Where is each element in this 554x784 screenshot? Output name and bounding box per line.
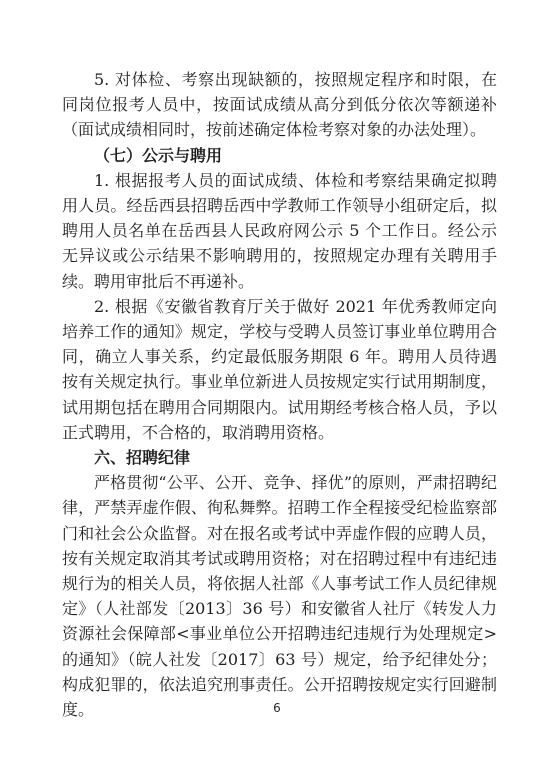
page-number: 6 <box>0 700 554 716</box>
paragraph-employment-contract: 2. 根据《安徽省教育厅关于做好 2021 年优秀教师定向培养工作的通知》规定，… <box>62 294 497 445</box>
document-page: 5. 对体检、考察出现缺额的，按照规定程序和时限，在同岗位报考人员中，按面试成绩… <box>0 0 554 784</box>
section-heading-recruitment-discipline: 六、招聘纪律 <box>62 445 497 470</box>
paragraph-discipline-rules: 严格贯彻“公平、公开、竞争、择优”的原则，严肃招聘纪律，严禁弄虚作假、徇私舞弊。… <box>62 470 497 722</box>
paragraph-replacement-rule: 5. 对体检、考察出现缺额的，按照规定程序和时限，在同岗位报考人员中，按面试成绩… <box>62 67 497 143</box>
document-body: 5. 对体检、考察出现缺额的，按照规定程序和时限，在同岗位报考人员中，按面试成绩… <box>62 67 497 722</box>
paragraph-public-notice: 1. 根据报考人员的面试成绩、体检和考察结果确定拟聘用人员。经岳西县招聘岳西中学… <box>62 168 497 294</box>
section-heading-public-notice-employment: （七）公示与聘用 <box>62 143 497 168</box>
